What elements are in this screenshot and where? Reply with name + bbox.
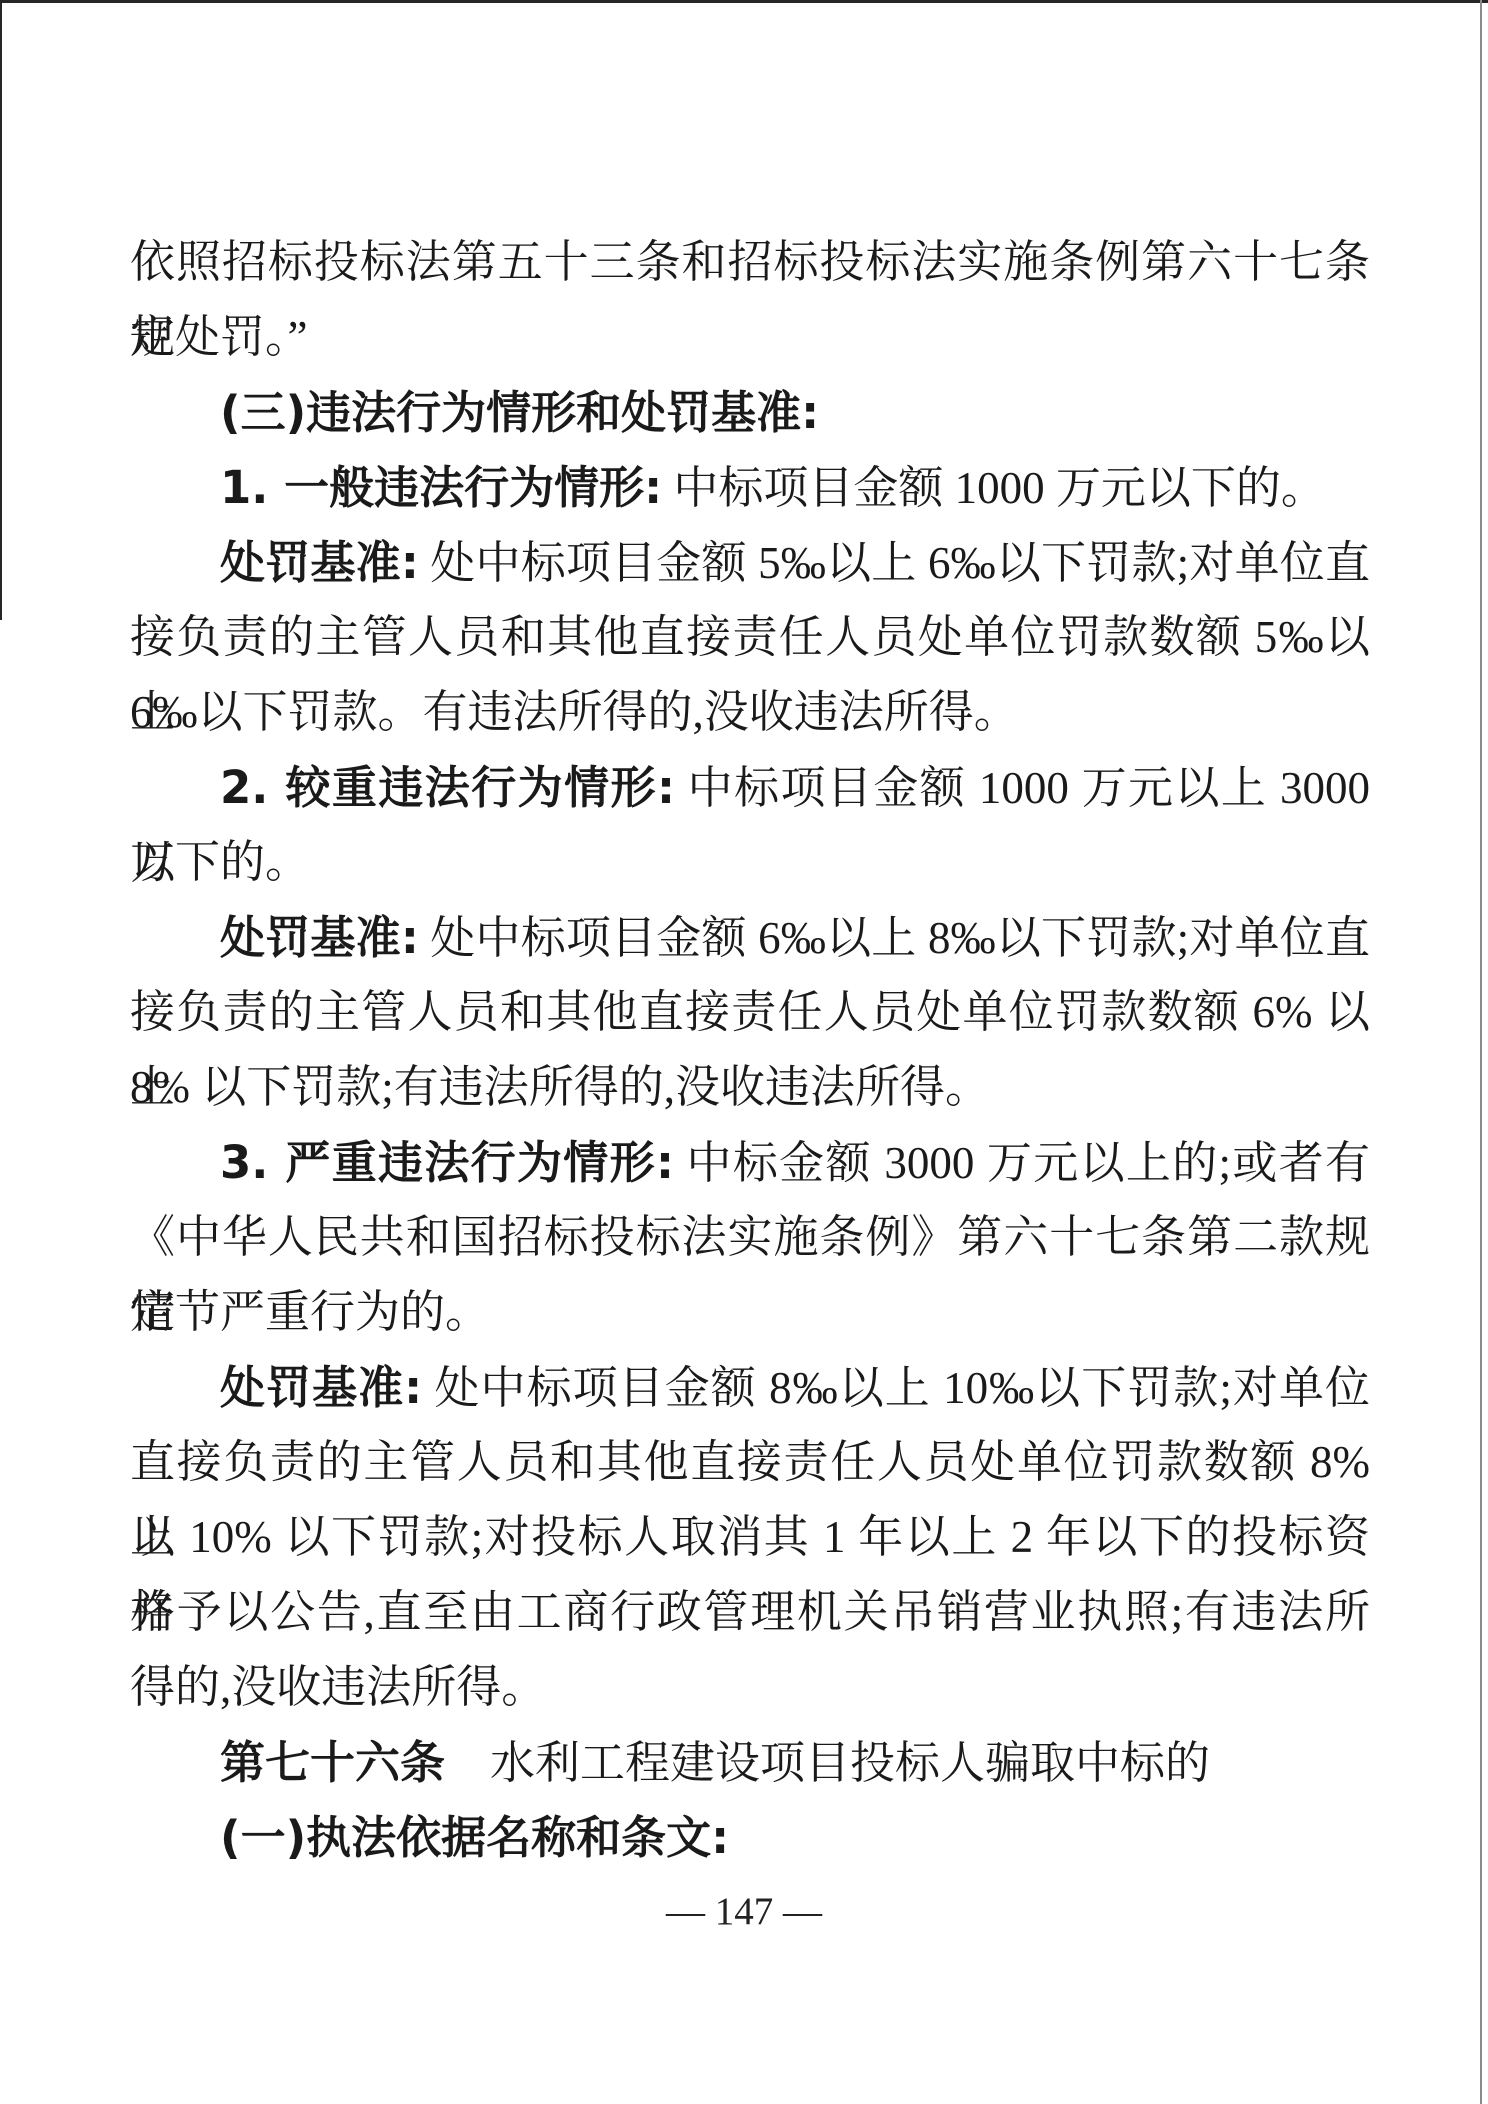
document-page: 依照招标投标法第五十三条和招标投标法实施条例第六十七条规定处罚。”(三)违法行为…: [0, 0, 1488, 2104]
text-line: 8% 以下罚款;有违法所得的,没收违法所得。: [130, 1050, 1370, 1125]
document-body: 依照招标投标法第五十三条和招标投标法实施条例第六十七条规定处罚。”(三)违法行为…: [130, 225, 1370, 1875]
bold-text-segment: 处罚基准:: [220, 911, 419, 964]
text-segment: 处中标项目金额 6‰以上 8‰以下罚款;对单位直: [419, 913, 1370, 963]
text-line: 接负责的主管人员和其他直接责任人员处单位罚款数额 6% 以上: [130, 975, 1370, 1050]
text-segment: 处中标项目金额 8‰以上 10‰以下罚款;对单位: [422, 1363, 1370, 1413]
page-number: — 147 —: [0, 1888, 1488, 1936]
text-line: 3. 严重违法行为情形: 中标金额 3000 万元以上的;或者有: [130, 1125, 1370, 1200]
text-line: (三)违法行为情形和处罚基准:: [130, 375, 1370, 450]
bold-text-segment: 第七十六条: [220, 1736, 445, 1789]
bold-text-segment: 处罚基准:: [220, 1361, 422, 1414]
text-line: 情节严重行为的。: [130, 1275, 1370, 1350]
scan-edge-left: [0, 0, 2, 620]
text-line: 直接负责的主管人员和其他直接责任人员处单位罚款数额 8% 以: [130, 1425, 1370, 1500]
scan-edge-right: [1480, 0, 1482, 2104]
bold-text-segment: 1. 一般违法行为情形:: [220, 461, 662, 514]
text-line: 处罚基准: 处中标项目金额 8‰以上 10‰以下罚款;对单位: [130, 1350, 1370, 1425]
text-segment: 以下的。: [130, 837, 310, 887]
bold-text-segment: 3. 严重违法行为情形:: [220, 1136, 674, 1189]
text-segment: 定处罚。”: [130, 312, 307, 362]
text-line: 6‰以下罚款。有违法所得的,没收违法所得。: [130, 675, 1370, 750]
bold-text-segment: 2. 较重违法行为情形:: [220, 761, 675, 814]
text-segment: 中标项目金额 1000 万元以下的。: [662, 463, 1326, 513]
text-line: 处罚基准: 处中标项目金额 6‰以上 8‰以下罚款;对单位直: [130, 900, 1370, 975]
bold-text-segment: (三)违法行为情形和处罚基准:: [220, 386, 819, 439]
text-line: 依照招标投标法第五十三条和招标投标法实施条例第六十七条规: [130, 225, 1370, 300]
text-line: 1. 一般违法行为情形: 中标项目金额 1000 万元以下的。: [130, 450, 1370, 525]
text-segment: 并予以公告,直至由工商行政管理机关吊销营业执照;有违法所: [130, 1587, 1370, 1637]
text-line: 以下的。: [130, 825, 1370, 900]
text-segment: 情节严重行为的。: [130, 1287, 490, 1337]
text-line: 并予以公告,直至由工商行政管理机关吊销营业执照;有违法所: [130, 1575, 1370, 1650]
text-line: 接负责的主管人员和其他直接责任人员处单位罚款数额 5‰以上: [130, 600, 1370, 675]
text-segment: 6‰以下罚款。有违法所得的,没收违法所得。: [130, 687, 1019, 737]
bold-text-segment: 处罚基准:: [220, 536, 419, 589]
text-line: 处罚基准: 处中标项目金额 5‰以上 6‰以下罚款;对单位直: [130, 525, 1370, 600]
text-line: 定处罚。”: [130, 300, 1370, 375]
text-line: 上 10% 以下罚款;对投标人取消其 1 年以上 2 年以下的投标资格: [130, 1500, 1370, 1575]
text-segment: 中标金额 3000 万元以上的;或者有: [674, 1138, 1370, 1188]
bold-text-segment: (一)执法依据名称和条文:: [220, 1811, 729, 1864]
text-line: 第七十六条 水利工程建设项目投标人骗取中标的: [130, 1725, 1370, 1800]
text-line: 《中华人民共和国招标投标法实施条例》第六十七条第二款规定: [130, 1200, 1370, 1275]
text-line: 得的,没收违法所得。: [130, 1650, 1370, 1725]
text-segment: 水利工程建设项目投标人骗取中标的: [445, 1738, 1210, 1788]
text-segment: 得的,没收违法所得。: [130, 1662, 546, 1712]
scan-edge-top: [0, 0, 1488, 3]
text-segment: 8% 以下罚款;有违法所得的,没收违法所得。: [130, 1062, 990, 1112]
text-line: 2. 较重违法行为情形: 中标项目金额 1000 万元以上 3000 万: [130, 750, 1370, 825]
text-segment: 处中标项目金额 5‰以上 6‰以下罚款;对单位直: [419, 538, 1370, 588]
text-line: (一)执法依据名称和条文:: [130, 1800, 1370, 1875]
